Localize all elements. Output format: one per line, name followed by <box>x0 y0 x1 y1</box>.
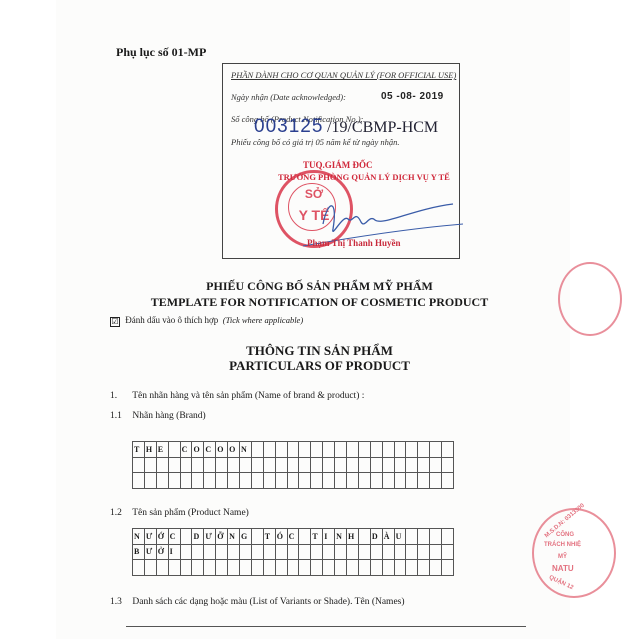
grid-cell[interactable] <box>370 473 382 489</box>
grid-cell[interactable] <box>406 544 418 560</box>
grid-cell[interactable] <box>311 560 323 576</box>
grid-cell[interactable]: C <box>180 442 192 458</box>
grid-cell[interactable] <box>275 457 287 473</box>
side-seal-line: CÔNG <box>556 532 574 538</box>
grid-cell[interactable] <box>430 560 442 576</box>
grid-cell[interactable] <box>430 473 442 489</box>
grid-cell[interactable] <box>144 457 156 473</box>
grid-cell[interactable] <box>156 473 168 489</box>
notification-number-stamp: 003125 <box>254 116 323 138</box>
tick-instruction-en: (Tick where applicable) <box>223 315 303 325</box>
grid-cell[interactable] <box>156 457 168 473</box>
grid-cell[interactable]: D <box>370 529 382 545</box>
grid-cell[interactable]: B <box>133 544 145 560</box>
grid-cell[interactable] <box>382 560 394 576</box>
grid-cell[interactable] <box>287 457 299 473</box>
grid-cell[interactable] <box>394 544 406 560</box>
checkbox-checked-icon: ☑ <box>110 317 120 327</box>
grid-cell[interactable] <box>228 544 240 560</box>
grid-cell[interactable] <box>430 442 442 458</box>
grid-cell[interactable]: Ư <box>204 529 216 545</box>
grid-cell[interactable] <box>418 442 430 458</box>
grid-cell[interactable]: H <box>347 529 359 545</box>
grid-cell[interactable] <box>347 544 359 560</box>
grid-cell[interactable]: G <box>240 529 252 545</box>
grid-cell[interactable] <box>442 473 454 489</box>
grid-cell[interactable]: T <box>263 529 275 545</box>
side-seal-line: QUẬN 12 <box>548 575 574 591</box>
grid-cell[interactable] <box>430 457 442 473</box>
item-number: 1.2 <box>110 508 130 518</box>
grid-cell[interactable] <box>442 529 454 545</box>
grid-cell[interactable]: O <box>216 442 228 458</box>
grid-cell[interactable]: C <box>168 529 180 545</box>
signer-name: Phạm Thị Thanh Huyền <box>307 238 400 248</box>
grid-cell[interactable]: N <box>228 529 240 545</box>
item-1-3: 1.3 Danh sách các dạng hoặc màu (List of… <box>110 597 405 607</box>
grid-cell[interactable]: U <box>394 529 406 545</box>
grid-cell[interactable] <box>156 560 168 576</box>
grid-cell[interactable] <box>323 442 335 458</box>
grid-row <box>133 560 454 576</box>
grid-cell[interactable] <box>430 544 442 560</box>
item-label: Danh sách các dạng hoặc màu (List of Var… <box>132 597 404 607</box>
grid-cell[interactable] <box>240 473 252 489</box>
grid-cell[interactable]: O <box>228 442 240 458</box>
grid-cell[interactable]: D <box>192 529 204 545</box>
grid-cell[interactable] <box>323 473 335 489</box>
side-seal-line: MỸ <box>558 554 567 560</box>
form-title-vn: PHIẾU CÔNG BỐ SẢN PHẨM MỸ PHẨM <box>0 279 639 294</box>
item-number: 1. <box>110 391 130 401</box>
grid-cell[interactable] <box>192 544 204 560</box>
stamp-title: TUQ.GIÁM ĐỐC <box>303 160 373 170</box>
grid-cell[interactable] <box>299 457 311 473</box>
grid-cell[interactable] <box>382 442 394 458</box>
grid-cell[interactable] <box>263 544 275 560</box>
grid-cell[interactable]: Ỡ <box>216 529 228 545</box>
grid-cell[interactable]: N <box>335 529 347 545</box>
grid-cell[interactable] <box>275 560 287 576</box>
grid-cell[interactable] <box>311 442 323 458</box>
grid-cell[interactable] <box>442 457 454 473</box>
grid-cell[interactable] <box>335 544 347 560</box>
grid-cell[interactable] <box>180 529 192 545</box>
grid-cell[interactable] <box>263 442 275 458</box>
item-label: Nhãn hàng (Brand) <box>132 411 205 421</box>
grid-cell[interactable] <box>358 529 370 545</box>
grid-cell[interactable] <box>180 544 192 560</box>
grid-cell[interactable] <box>192 473 204 489</box>
variants-answer-line[interactable] <box>126 626 526 627</box>
grid-cell[interactable]: T <box>311 529 323 545</box>
grid-cell[interactable] <box>358 457 370 473</box>
grid-cell[interactable] <box>228 473 240 489</box>
grid-cell[interactable] <box>251 442 263 458</box>
grid-cell[interactable] <box>311 544 323 560</box>
grid-cell[interactable] <box>394 560 406 576</box>
grid-cell[interactable] <box>370 442 382 458</box>
section-title-en: PARTICULARS OF PRODUCT <box>0 358 639 374</box>
item-label: Tên nhãn hàng và tên sản phẩm (Name of b… <box>132 391 364 401</box>
grid-cell[interactable] <box>204 560 216 576</box>
grid-cell[interactable] <box>347 442 359 458</box>
notification-number-suffix: /19/CBMP-HCM <box>327 119 438 137</box>
item-number: 1.3 <box>110 597 130 607</box>
grid-cell[interactable] <box>287 473 299 489</box>
grid-cell[interactable] <box>370 457 382 473</box>
grid-cell[interactable] <box>418 457 430 473</box>
grid-cell[interactable]: Ở <box>156 544 168 560</box>
grid-cell[interactable] <box>335 457 347 473</box>
grid-cell[interactable] <box>406 560 418 576</box>
grid-cell[interactable] <box>240 544 252 560</box>
grid-cell[interactable] <box>382 457 394 473</box>
grid-cell[interactable]: T <box>133 442 145 458</box>
grid-cell[interactable] <box>347 457 359 473</box>
grid-cell[interactable] <box>275 442 287 458</box>
grid-cell[interactable] <box>394 442 406 458</box>
official-use-box: PHẦN DÀNH CHO CƠ QUAN QUẢN LÝ (FOR OFFIC… <box>222 63 460 259</box>
grid-cell[interactable] <box>204 544 216 560</box>
grid-cell[interactable] <box>287 544 299 560</box>
grid-cell[interactable] <box>418 529 430 545</box>
brand-name-grid[interactable]: THECOCOON <box>132 441 454 489</box>
grid-cell[interactable] <box>168 560 180 576</box>
grid-cell[interactable]: À <box>382 529 394 545</box>
grid-cell[interactable] <box>216 544 228 560</box>
grid-cell[interactable]: E <box>156 442 168 458</box>
grid-cell[interactable] <box>442 442 454 458</box>
grid-cell[interactable]: N <box>133 529 145 545</box>
section-title-vn: THÔNG TIN SẢN PHẨM <box>0 343 639 359</box>
grid-cell[interactable] <box>216 560 228 576</box>
grid-row: THECOCOON <box>133 442 454 458</box>
grid-cell[interactable] <box>180 457 192 473</box>
grid-cell[interactable] <box>370 560 382 576</box>
grid-cell[interactable]: Ư <box>144 544 156 560</box>
grid-cell[interactable] <box>382 473 394 489</box>
form-title-en: TEMPLATE FOR NOTIFICATION OF COSMETIC PR… <box>0 295 639 310</box>
grid-row: BƯỞI <box>133 544 454 560</box>
grid-cell[interactable] <box>216 473 228 489</box>
grid-cell[interactable] <box>406 457 418 473</box>
official-use-header: PHẦN DÀNH CHO CƠ QUAN QUẢN LÝ (FOR OFFIC… <box>231 70 456 80</box>
grid-cell[interactable]: C <box>287 529 299 545</box>
grid-cell[interactable] <box>323 457 335 473</box>
grid-cell[interactable] <box>144 473 156 489</box>
product-name-grid[interactable]: NƯỚCDƯỠNGTÓCTINHDÀUBƯỞI <box>132 528 454 576</box>
grid-cell[interactable] <box>299 529 311 545</box>
grid-cell[interactable] <box>216 457 228 473</box>
grid-cell[interactable] <box>192 457 204 473</box>
grid-cell[interactable] <box>418 544 430 560</box>
grid-cell[interactable]: I <box>168 544 180 560</box>
item-1-2: 1.2 Tên sản phẩm (Product Name) <box>110 508 249 518</box>
grid-cell[interactable]: Ớ <box>156 529 168 545</box>
grid-cell[interactable] <box>251 473 263 489</box>
grid-cell[interactable] <box>133 457 145 473</box>
grid-cell[interactable] <box>442 544 454 560</box>
grid-row <box>133 457 454 473</box>
grid-cell[interactable] <box>430 529 442 545</box>
side-seal-partial-1 <box>558 262 622 336</box>
grid-cell[interactable] <box>299 473 311 489</box>
item-1: 1. Tên nhãn hàng và tên sản phẩm (Name o… <box>110 391 364 401</box>
side-seal-line: TRÁCH NHIỆ <box>544 542 581 548</box>
grid-cell[interactable]: Ư <box>144 529 156 545</box>
grid-cell[interactable] <box>168 473 180 489</box>
grid-cell[interactable]: Ó <box>275 529 287 545</box>
grid-cell[interactable]: H <box>144 442 156 458</box>
grid-cell[interactable] <box>133 560 145 576</box>
grid-cell[interactable] <box>418 560 430 576</box>
grid-cell[interactable] <box>358 560 370 576</box>
grid-cell[interactable] <box>299 544 311 560</box>
grid-cell[interactable] <box>394 457 406 473</box>
grid-cell[interactable] <box>358 442 370 458</box>
grid-cell[interactable] <box>335 560 347 576</box>
date-acknowledged-value: 05 -08- 2019 <box>381 91 444 102</box>
grid-cell[interactable] <box>358 544 370 560</box>
item-1-1: 1.1 Nhãn hàng (Brand) <box>110 411 206 421</box>
item-label: Tên sản phẩm (Product Name) <box>132 508 249 518</box>
stamp-subtitle: TRƯỞNG PHÒNG QUẢN LÝ DỊCH VỤ Y TẾ <box>278 172 450 182</box>
grid-cell[interactable] <box>168 442 180 458</box>
grid-cell[interactable] <box>406 473 418 489</box>
grid-cell[interactable] <box>418 473 430 489</box>
grid-cell[interactable] <box>204 457 216 473</box>
grid-cell[interactable] <box>133 473 145 489</box>
grid-row <box>133 473 454 489</box>
grid-cell[interactable] <box>275 544 287 560</box>
grid-cell[interactable] <box>394 473 406 489</box>
grid-cell[interactable] <box>382 544 394 560</box>
tick-instruction: ☑ Đánh dấu vào ô thích hợp (Tick where a… <box>110 315 303 327</box>
grid-cell[interactable] <box>144 560 156 576</box>
grid-cell[interactable]: C <box>204 442 216 458</box>
appendix-label: Phụ lục số 01-MP <box>116 45 206 60</box>
grid-cell[interactable] <box>251 457 263 473</box>
validity-note: Phiếu công bố có giá trị 05 năm kể từ ng… <box>231 137 399 147</box>
grid-cell[interactable] <box>311 473 323 489</box>
grid-cell[interactable] <box>335 442 347 458</box>
grid-cell[interactable] <box>251 560 263 576</box>
grid-cell[interactable] <box>406 442 418 458</box>
tick-instruction-vn: Đánh dấu vào ô thích hợp <box>125 315 218 325</box>
grid-cell[interactable] <box>192 560 204 576</box>
grid-cell[interactable] <box>204 473 216 489</box>
grid-cell[interactable] <box>251 544 263 560</box>
grid-cell[interactable] <box>335 473 347 489</box>
side-seal-line: NATU <box>552 564 574 573</box>
grid-cell[interactable] <box>299 442 311 458</box>
grid-cell[interactable] <box>323 560 335 576</box>
grid-cell[interactable] <box>323 544 335 560</box>
grid-cell[interactable] <box>442 560 454 576</box>
grid-cell[interactable]: I <box>323 529 335 545</box>
grid-cell[interactable] <box>370 544 382 560</box>
grid-cell[interactable] <box>347 560 359 576</box>
grid-cell[interactable] <box>168 457 180 473</box>
grid-cell[interactable] <box>275 473 287 489</box>
grid-cell[interactable] <box>263 457 275 473</box>
grid-cell[interactable] <box>240 560 252 576</box>
grid-cell[interactable] <box>240 457 252 473</box>
grid-cell[interactable]: N <box>240 442 252 458</box>
grid-cell[interactable] <box>180 473 192 489</box>
grid-cell[interactable] <box>347 473 359 489</box>
grid-cell[interactable] <box>311 457 323 473</box>
grid-cell[interactable] <box>358 473 370 489</box>
grid-cell[interactable] <box>406 529 418 545</box>
grid-cell[interactable] <box>263 560 275 576</box>
grid-cell[interactable] <box>263 473 275 489</box>
grid-cell[interactable] <box>299 560 311 576</box>
grid-cell[interactable]: O <box>192 442 204 458</box>
grid-cell[interactable] <box>180 560 192 576</box>
grid-cell[interactable] <box>251 529 263 545</box>
grid-cell[interactable] <box>287 442 299 458</box>
grid-cell[interactable] <box>287 560 299 576</box>
side-seal-partial-2: M.S.D.N: 0313300 CÔNG TRÁCH NHIỆ MỸ NATU… <box>532 508 616 598</box>
grid-row: NƯỚCDƯỠNGTÓCTINHDÀU <box>133 529 454 545</box>
date-acknowledged-label: Ngày nhận (Date acknowledged): <box>231 92 346 102</box>
grid-cell[interactable] <box>228 457 240 473</box>
grid-cell[interactable] <box>228 560 240 576</box>
item-number: 1.1 <box>110 411 130 421</box>
